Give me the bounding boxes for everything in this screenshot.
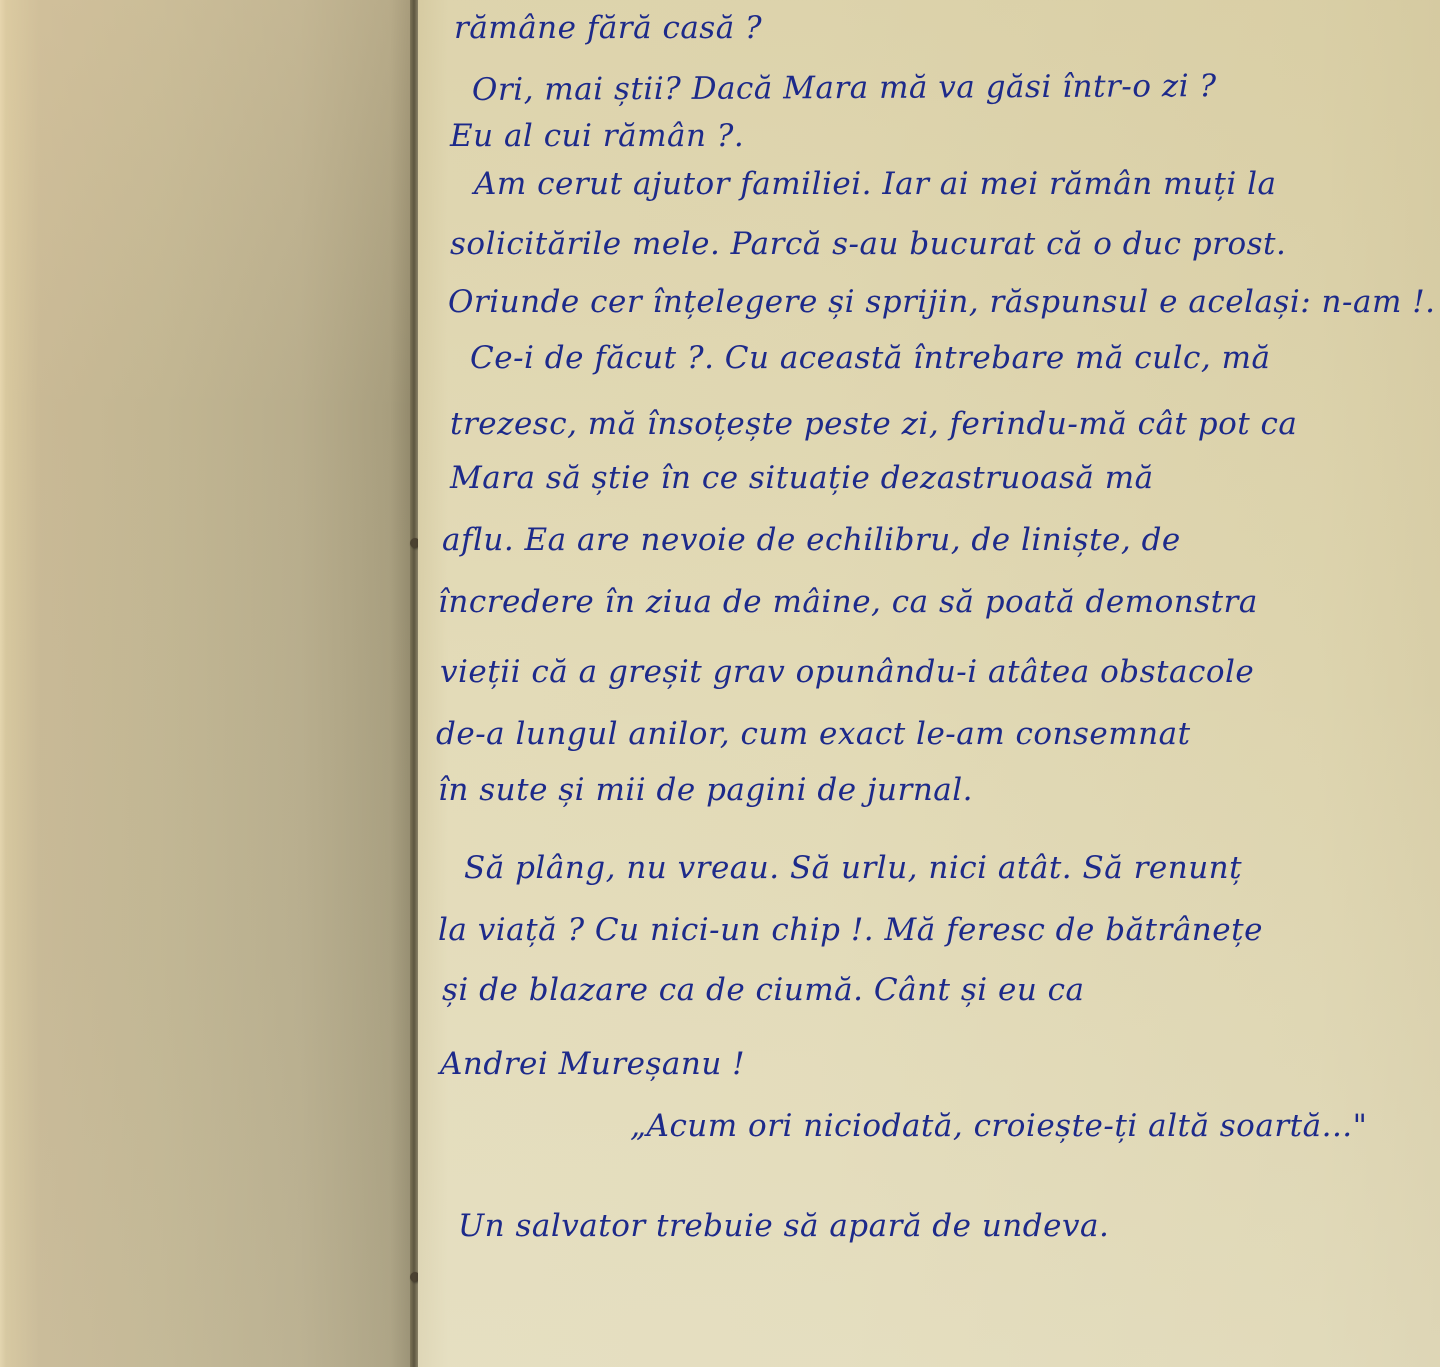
quote-line: „Acum ori niciodată, croiește-ți altă so… xyxy=(630,1108,1367,1144)
left-page-blank xyxy=(0,0,414,1367)
text-line-9: Mara să știe în ce situație dezastruoasă… xyxy=(450,460,1154,496)
text-line-15: Să plâng, nu vreau. Să urlu, nici atât. … xyxy=(464,850,1242,886)
text-line-5: solicitările mele. Parcă s-au bucurat că… xyxy=(450,226,1286,262)
text-line-4: Am cerut ajutor familiei. Iar ai mei răm… xyxy=(474,166,1277,202)
text-line-20: Un salvator trebuie să apară de undeva. xyxy=(458,1208,1109,1244)
text-line-1: rămâne fără casă ? xyxy=(454,10,762,46)
handwritten-text-body: rămâne fără casă ? Ori, mai știi? Dacă M… xyxy=(418,0,1440,1367)
text-line-6: Oriunde cer înțelegere și sprijin, răspu… xyxy=(448,284,1436,320)
text-line-7: Ce-i de făcut ?. Cu această întrebare mă… xyxy=(470,340,1270,376)
text-line-8: trezesc, mă însoțește peste zi, ferindu-… xyxy=(450,406,1297,442)
right-page: rămâne fără casă ? Ori, mai știi? Dacă M… xyxy=(418,0,1440,1367)
text-line-13: de-a lungul anilor, cum exact le-am cons… xyxy=(436,716,1191,752)
text-line-10: aflu. Ea are nevoie de echilibru, de lin… xyxy=(442,522,1181,558)
text-line-3: Eu al cui rămân ?. xyxy=(450,118,744,154)
text-line-16: la viață ? Cu nici-un chip !. Mă feresc … xyxy=(438,912,1263,948)
notebook-binding-gutter xyxy=(410,0,418,1367)
text-line-11: încredere în ziua de mâine, ca să poată … xyxy=(438,584,1258,620)
text-line-14: în sute și mii de pagini de jurnal. xyxy=(438,772,973,808)
text-line-12: vieții că a greșit grav opunându-i atâte… xyxy=(440,654,1254,690)
text-line-17: și de blazare ca de ciumă. Cânt și eu ca xyxy=(442,972,1085,1008)
text-line-2: Ori, mai știi? Dacă Mara mă va găsi într… xyxy=(472,68,1217,108)
text-line-18: Andrei Mureșanu ! xyxy=(440,1046,745,1082)
